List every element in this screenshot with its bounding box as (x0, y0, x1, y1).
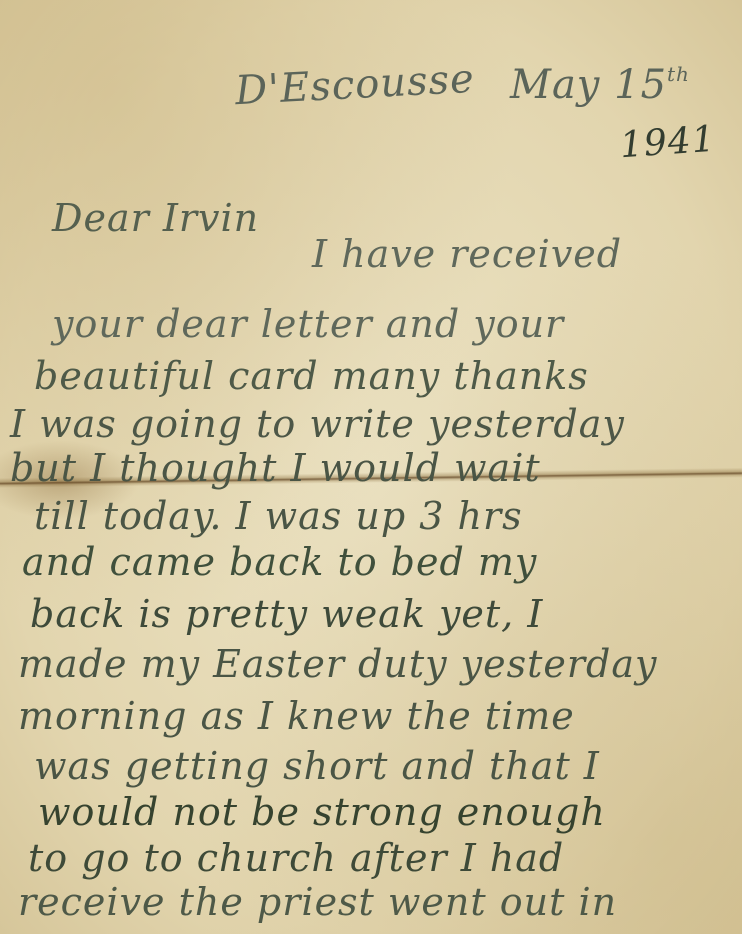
letter-salutation: Dear Irvin (52, 196, 259, 240)
letter-page: D'Escousse May 15th 1941 Dear Irvin I ha… (0, 0, 742, 934)
letter-line: back is pretty weak yet, I (30, 592, 543, 636)
letter-year: 1941 (619, 119, 717, 167)
letter-date: May 15th (510, 62, 690, 108)
letter-line: beautiful card many thanks (34, 354, 589, 398)
letter-line: your dear letter and your (52, 302, 564, 346)
letter-line: morning as I knew the time (18, 694, 575, 738)
letter-line: I have received (312, 232, 622, 276)
letter-date-text: May 15 (510, 62, 667, 108)
letter-line: and came back to bed my (22, 540, 537, 584)
letter-place: D'Escousse (234, 56, 476, 114)
letter-date-suffix: th (667, 62, 690, 86)
letter-line: would not be strong enough (38, 790, 606, 834)
letter-line: made my Easter duty yesterday (18, 642, 658, 686)
letter-line: receive the priest went out in (18, 880, 617, 924)
letter-line: was getting short and that I (34, 744, 600, 788)
letter-line: to go to church after I had (28, 836, 564, 880)
letter-line: I was going to write yesterday (10, 402, 625, 446)
letter-line: but I thought I would wait (10, 446, 541, 490)
letter-line: till today. I was up 3 hrs (34, 494, 523, 538)
